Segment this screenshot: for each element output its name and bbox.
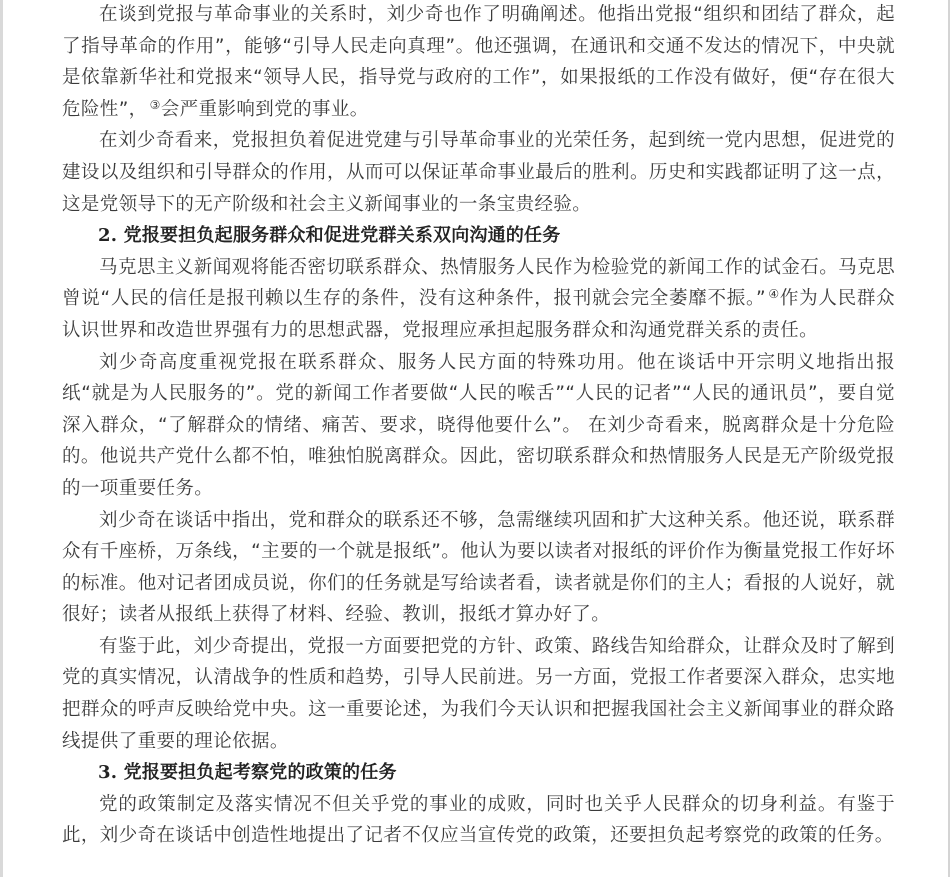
section-heading-3: 3. 党报要担负起考察党的政策的任务	[62, 757, 895, 789]
paragraph-two-way-communication: 有鉴于此，刘少奇提出，党报一方面要把党的方针、政策、路线告知给群众，让群众及时了…	[62, 631, 895, 757]
paragraph-party-mass-connection: 刘少奇在谈话中指出，党和群众的联系还不够，急需继续巩固和扩大这种关系。他还说，联…	[62, 505, 895, 631]
footnote-marker-3[interactable]: ③	[150, 98, 161, 112]
paragraph-party-building: 在刘少奇看来，党报担负着促进党建与引导革命事业的光荣任务，起到统一党内思想，促进…	[62, 125, 895, 220]
section-heading-2: 2. 党报要担负起服务群众和促进党群关系双向沟通的任务	[62, 220, 895, 252]
left-page-border	[0, 0, 3, 877]
paragraph-serving-people: 刘少奇高度重视党报在联系群众、服务人民方面的特殊功用。他在谈话中开宗明义地指出报…	[62, 347, 895, 505]
paragraph-marxist-journalism: 马克思主义新闻观将能否密切联系群众、热情服务人民作为检验党的新闻工作的试金石。马…	[62, 252, 895, 347]
paragraph-policy-inspection: 党的政策制定及落实情况不但关乎党的事业的成败，同时也关乎人民群众的切身利益。有鉴…	[62, 789, 895, 852]
paragraph-text: 会严重影响到党的事业。	[161, 99, 369, 120]
paragraph-party-paper-revolution: 在谈到党报与革命事业的关系时，刘少奇也作了明确阐述。他指出党报“组织和团结了群众…	[62, 0, 895, 125]
document-body: 在谈到党报与革命事业的关系时，刘少奇也作了明确阐述。他指出党报“组织和团结了群众…	[62, 0, 895, 852]
footnote-marker-4[interactable]: ④	[768, 287, 780, 301]
paragraph-text: 马克思主义新闻观将能否密切联系群众、热情服务人民作为检验党的新闻工作的试金石。马…	[62, 257, 895, 310]
